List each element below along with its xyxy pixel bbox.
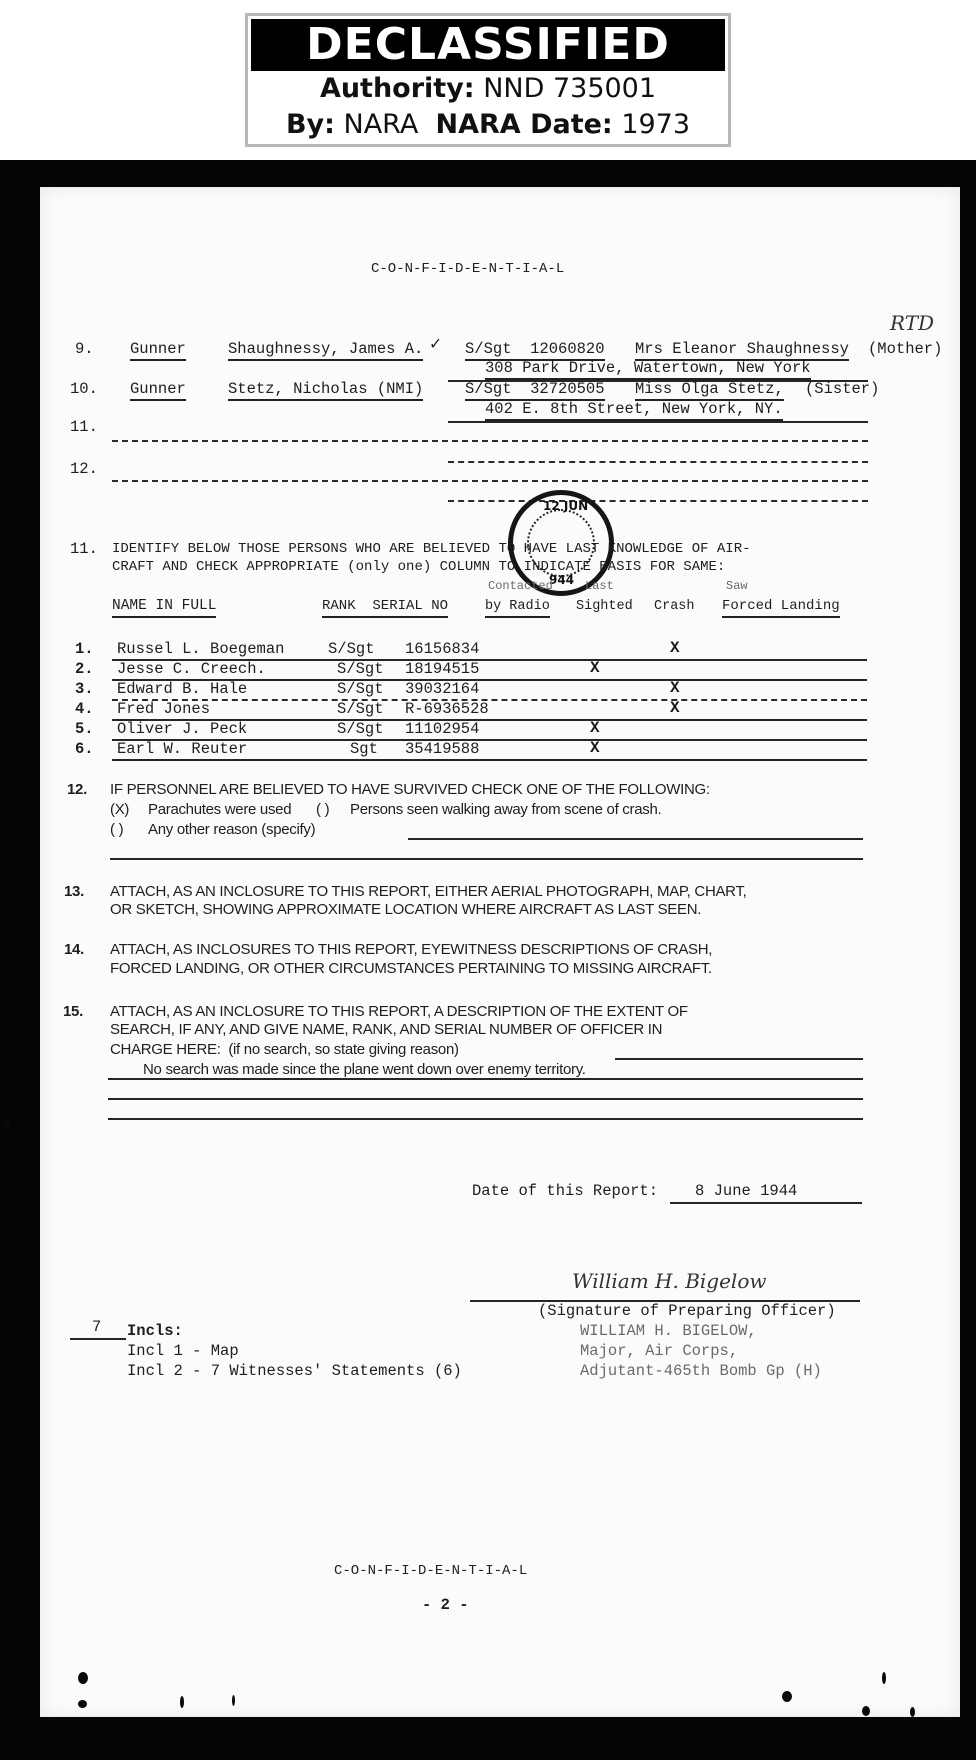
witness-name: Jesse C. Creech. [117,660,266,679]
section-13-line1: ATTACH, AS AN INCLOSURE TO THIS REPORT, … [110,882,747,901]
crew-row-number: 9. [75,340,94,359]
witness-rank: Sgt [350,740,378,759]
witness-serial: 39032164 [405,680,479,699]
check-last-sighted: X [590,739,600,757]
date-value: 1973 [621,109,690,140]
crew-relation: (Mother) [868,340,942,359]
section-15-line1: ATTACH, AS AN INCLOSURE TO THIS REPORT, … [110,1002,688,1021]
check-crash: X [670,639,680,657]
signature-caption: (Signature of Preparing Officer) [538,1302,836,1321]
answer-rule [108,1118,863,1120]
row-rule [112,759,867,761]
row-rule [112,699,867,701]
col-contacted-top: Contacted [488,577,553,596]
option-walking-checkbox: ( ) [316,800,329,819]
option-parachutes-checkbox: (X) [110,800,129,819]
witness-name: Russel L. Boegeman [117,640,284,659]
witness-rank: S/Sgt [328,640,375,659]
handwritten-signature: William H. Bigelow [572,1272,766,1291]
date-label: NARA Date: [436,109,613,140]
by-label: By: [286,109,335,140]
report-date-rule [670,1202,862,1204]
officer-name: WILLIAM H. BIGELOW, [580,1322,757,1341]
check-icon: ✓ [430,336,441,355]
section-15-line3: CHARGE HERE: (if no search, so state giv… [110,1040,459,1059]
crew-position: Gunner [130,340,186,361]
stamp-top-text: 12 JUN [543,499,588,513]
ink-blot [862,1706,870,1716]
row-number: 4. [75,700,94,719]
col-header-rank-serial: RANK SERIAL NO [322,597,448,618]
witness-serial: 16156834 [405,640,479,659]
section-14-line1: ATTACH, AS INCLOSURES TO THIS REPORT, EY… [110,940,712,959]
witness-rank: S/Sgt [337,680,384,699]
by-line: By: NARA NARA Date: 1973 [248,107,728,143]
declassified-title: DECLASSIFIED [251,19,725,71]
crew-name: Shaughnessy, James A. [228,340,423,361]
witness-name: Earl W. Reuter [117,740,247,759]
row-number: 1. [75,640,94,659]
inclosure-count: 7 [92,1318,101,1337]
check-crash: X [670,699,680,717]
check-last-sighted: X [590,659,600,677]
inclosure-label: Incls: [127,1322,183,1341]
report-date-label: Date of this Report: [472,1182,658,1201]
witness-rank: S/Sgt [337,720,384,739]
section-15-number: 15. [63,1002,83,1021]
answer-rule [108,1078,863,1080]
witness-rank: S/Sgt [337,660,384,679]
ink-blot [910,1707,915,1717]
option-other-checkbox: ( ) [110,820,123,839]
officer-rank: Major, Air Corps, [580,1342,738,1361]
by-value: NARA [344,109,419,140]
classification-bottom: C-O-N-F-I-D-E-N-T-I-A-L [334,1562,527,1581]
crew-row-number: 11. [70,418,98,437]
blank-address-rule [448,500,868,502]
search-answer: No search was made since the plane went … [143,1060,586,1079]
ink-blot [4,1120,10,1128]
inclosure-count-rule [70,1338,126,1340]
section-11-number: 11. [70,540,98,559]
witness-serial: 35419588 [405,740,479,759]
address-rule [448,421,868,423]
crew-next-of-kin: Mrs Eleanor Shaughnessy [635,340,849,361]
row-number: 6. [75,740,94,759]
section-12-line1: IF PERSONNEL ARE BELIEVED TO HAVE SURVIV… [110,780,710,799]
ink-blot [232,1695,235,1706]
option-walking-label: Persons seen walking away from scene of … [350,800,661,819]
row-number: 3. [75,680,94,699]
col-header-forced-landing: Forced Landing [722,597,840,618]
witness-serial: R-6936528 [405,700,489,719]
section-13-number: 13. [64,882,84,901]
report-date-value: 8 June 1944 [695,1182,797,1201]
classification-top: C-O-N-F-I-D-E-N-T-I-A-L [371,260,564,279]
section-14-number: 14. [64,940,84,959]
crew-address: 308 Park Drive, Watertown, New York [485,359,811,380]
crew-position: Gunner [130,380,186,401]
ink-blot [78,1700,87,1708]
authority-label: Authority: [320,73,475,104]
witness-serial: 18194515 [405,660,479,679]
crew-rank-serial: S/Sgt 32720505 [465,380,605,401]
witness-rank: S/Sgt [337,700,384,719]
blank-address-rule [448,461,868,463]
section-15-line2: SEARCH, IF ANY, AND GIVE NAME, RANK, AND… [110,1020,662,1039]
declassified-banner: DECLASSIFIED Authority: NND 735001 By: N… [245,13,731,147]
col-header-name: NAME IN FULL [112,597,216,618]
option-parachutes-label: Parachutes were used [148,800,291,819]
authority-line: Authority: NND 735001 [248,71,728,107]
witness-serial: 11102954 [405,720,479,739]
crew-name: Stetz, Nicholas (NMI) [228,380,423,401]
rtd-annotation: RTD [890,314,934,333]
ink-blot [882,1672,886,1684]
crew-row-number: 12. [70,460,98,479]
section-13-line2: OR SKETCH, SHOWING APPROXIMATE LOCATION … [110,900,701,919]
crew-rank-serial: S/Sgt 12060820 [465,340,605,361]
col-header-crash: Crash [654,597,695,616]
witness-name: Edward B. Hale [117,680,247,699]
inclosure-item: Incl 1 - Map [127,1342,239,1361]
row-number: 2. [75,660,94,679]
check-last-sighted: X [590,719,600,737]
ink-blot [180,1696,184,1708]
col-last-top: Last [585,577,614,596]
row-number: 5. [75,720,94,739]
witness-name: Oliver J. Peck [117,720,247,739]
crew-relation: (Sister) [805,380,879,399]
ink-blot [78,1672,88,1684]
crew-next-of-kin: Miss Olga Stetz, [635,380,784,401]
blank-entry-rule [112,480,868,482]
specify-rule-2 [110,858,863,860]
blank-entry-rule [112,440,868,442]
crew-address: 402 E. 8th Street, New York, NY. [485,400,783,421]
inclosure-item: Incl 2 - 7 Witnesses' Statements (6) [127,1362,462,1381]
check-crash: X [670,679,680,697]
ink-blot [782,1691,792,1702]
col-header-last-sighted: Sighted [576,597,633,616]
page-number: - 2 - [422,1596,469,1615]
option-other-label: Any other reason (specify) [148,820,315,839]
crew-row-number: 10. [70,380,98,399]
section-11-line1: IDENTIFY BELOW THOSE PERSONS WHO ARE BEL… [112,540,751,559]
section-14-line2: FORCED LANDING, OR OTHER CIRCUMSTANCES P… [110,959,712,978]
officer-title: Adjutant-465th Bomb Gp (H) [580,1362,822,1381]
col-header-contacted: by Radio [485,597,550,618]
col-saw-top: Saw [726,577,748,596]
section-12-number: 12. [67,780,87,799]
reason-rule [615,1058,863,1060]
section-11-line2: CRAFT AND CHECK APPROPRIATE (only one) C… [112,558,725,577]
answer-rule [108,1098,863,1100]
witness-name: Fred Jones [117,700,210,719]
authority-value: NND 735001 [483,73,656,104]
specify-rule [408,838,863,840]
